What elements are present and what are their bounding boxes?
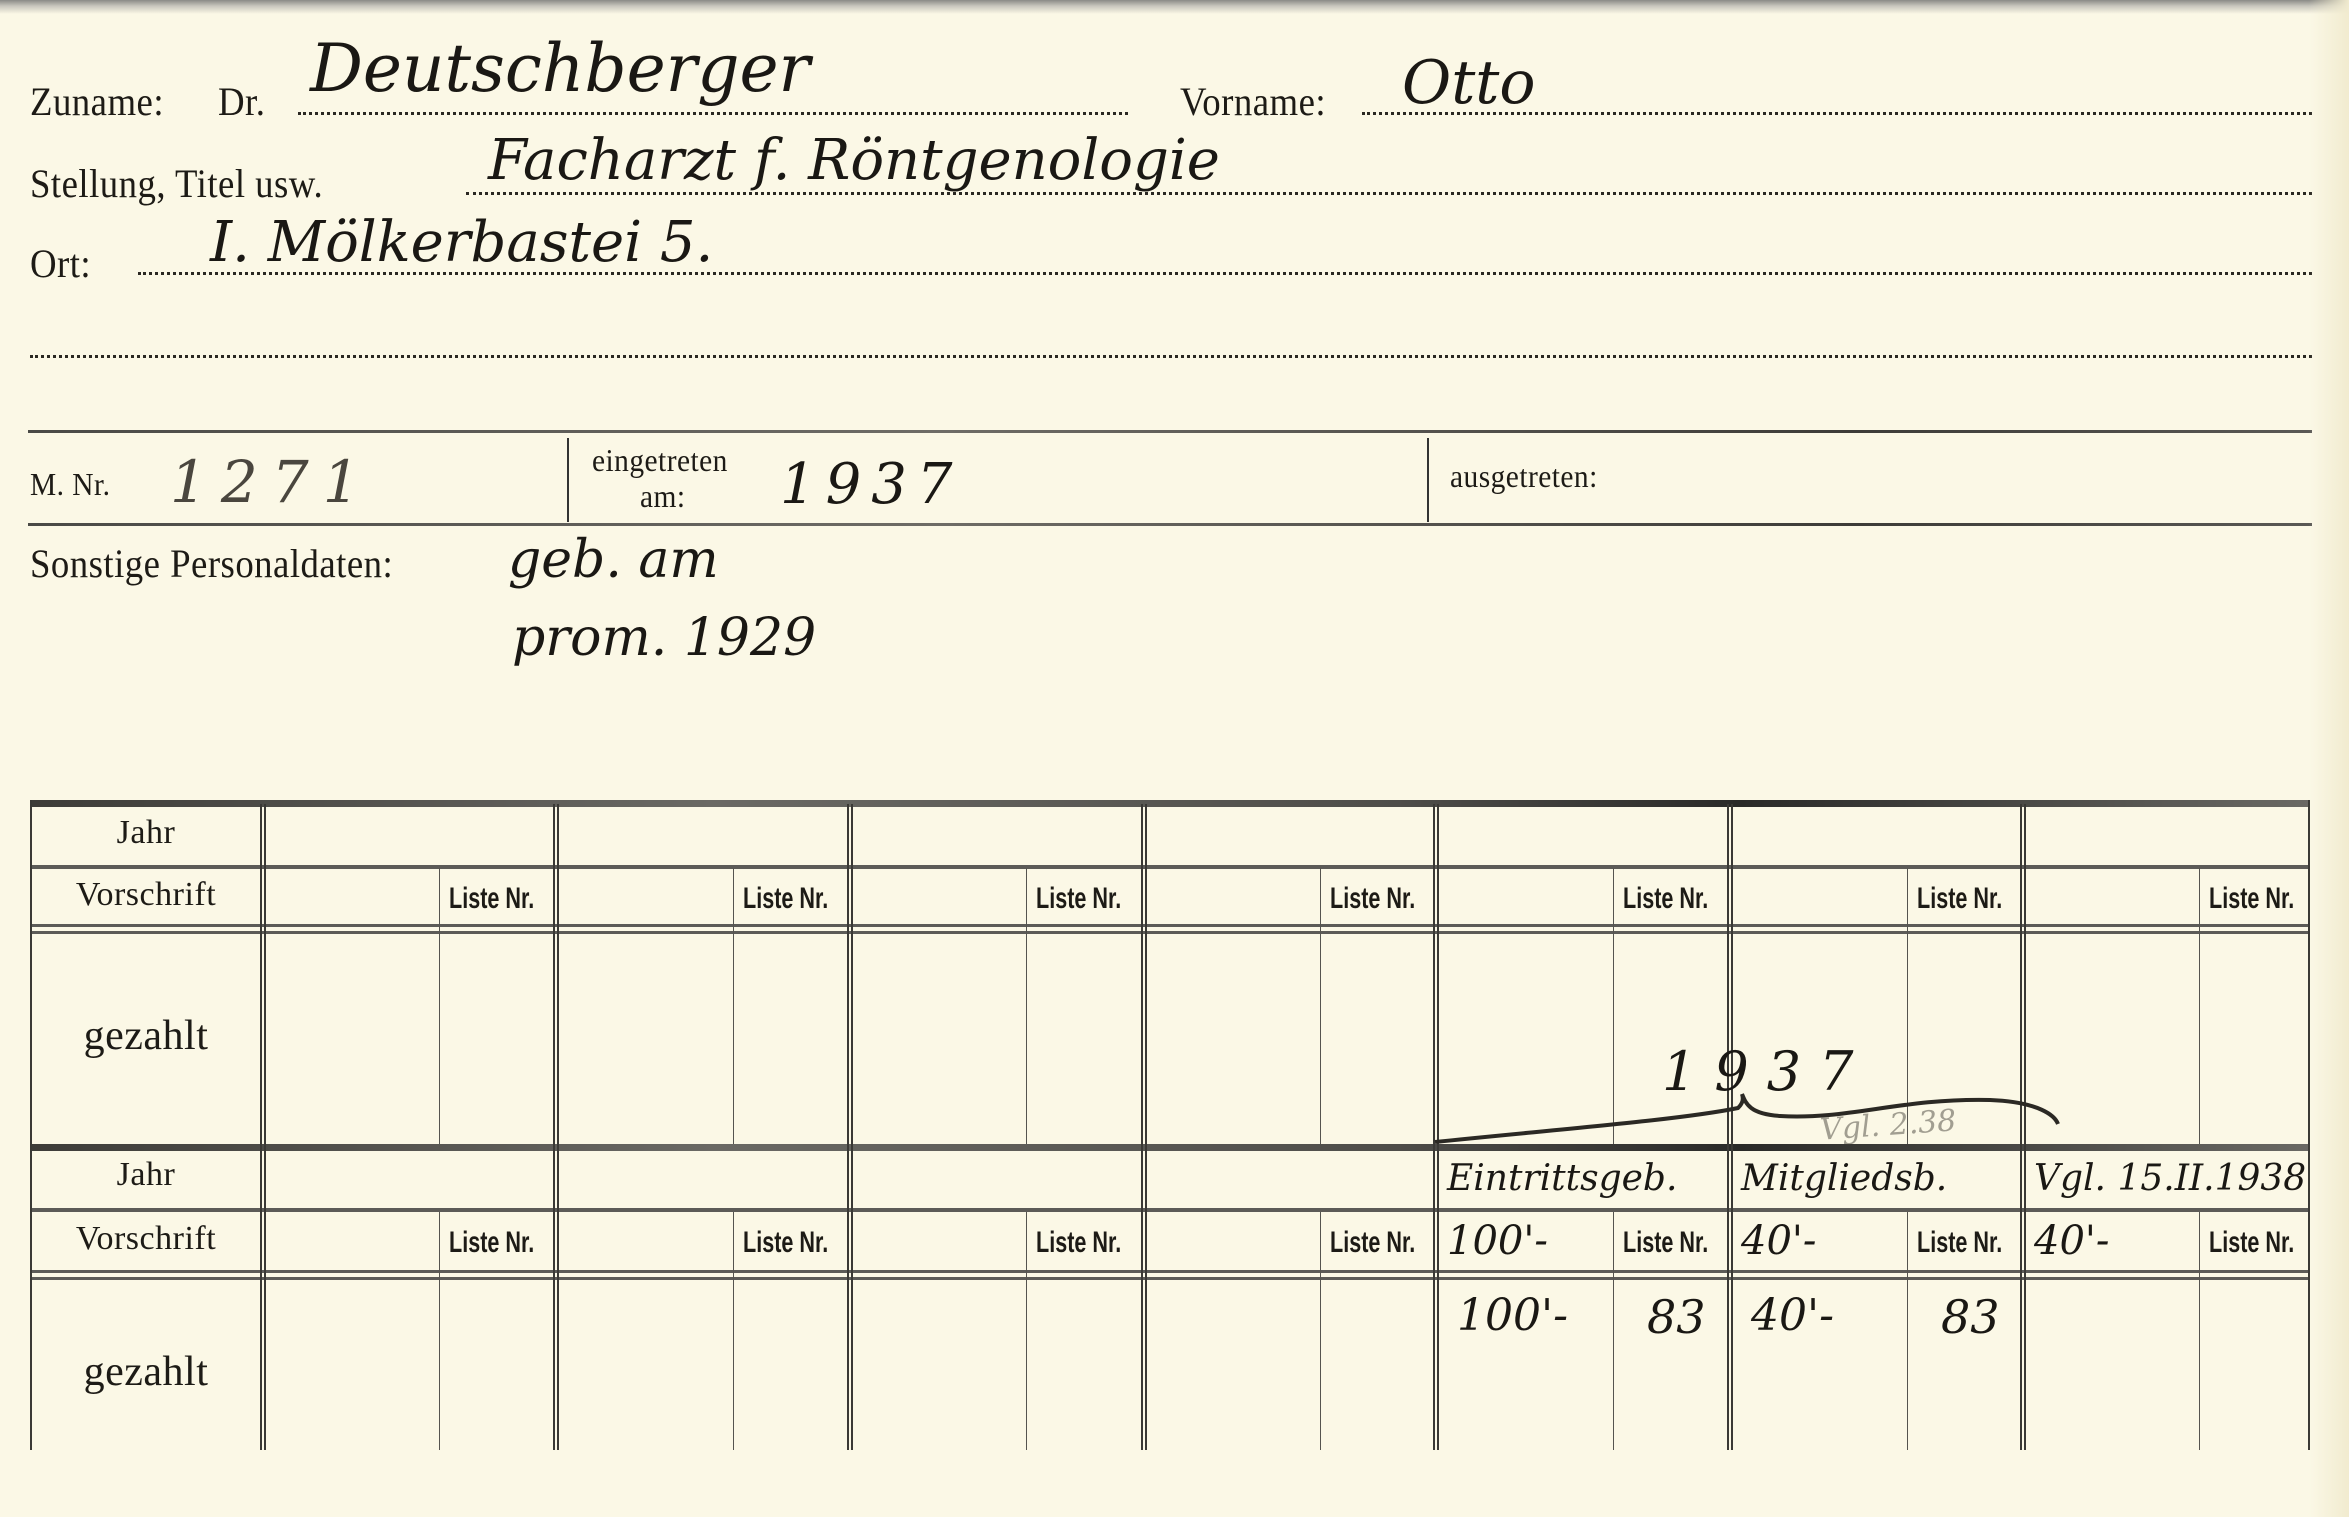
liste-nr-label: Liste Nr. bbox=[1036, 1226, 1121, 1260]
eingetreten-label: eingetreten bbox=[592, 442, 728, 479]
liste-divider bbox=[1026, 1212, 1027, 1450]
liste-nr-label: Liste Nr. bbox=[1330, 1226, 1415, 1260]
liste-nr-label: Liste Nr. bbox=[743, 1226, 828, 1260]
eingetreten-value: 1937 bbox=[780, 452, 963, 517]
block2-jahr-cell: Mitgliedsb. bbox=[1741, 1158, 1947, 1199]
vorname-value: Otto bbox=[1402, 48, 1536, 118]
row-label-jahr: Jahr bbox=[30, 814, 262, 852]
vorname-label: Vorname: bbox=[1180, 78, 1326, 125]
block2-vorschrift-cell: 40'- bbox=[2034, 1218, 2109, 1264]
mnr-value: 1271 bbox=[170, 448, 374, 516]
membership-index-card: Zuname: Dr. Deutschberger Vorname: Otto … bbox=[0, 0, 2349, 1517]
table-border-right bbox=[2308, 800, 2310, 1450]
ort-value: I. Mölkerbastei 5. bbox=[210, 210, 713, 275]
row-divider bbox=[30, 1277, 2310, 1280]
payment-table: Jahr Vorschrift gezahlt Jahr Vorschrift … bbox=[30, 800, 2310, 1450]
row-divider bbox=[30, 1208, 2310, 1212]
column-divider bbox=[260, 804, 266, 1450]
liste-nr-label: Liste Nr. bbox=[743, 882, 828, 916]
liste-nr-label: Liste Nr. bbox=[1330, 882, 1415, 916]
liste-nr-label: Liste Nr. bbox=[1917, 1226, 2002, 1260]
stellung-label: Stellung, Titel usw. bbox=[30, 160, 323, 207]
divider-line bbox=[28, 430, 2312, 433]
liste-divider bbox=[1613, 1212, 1614, 1450]
block2-jahr-cell: Vgl. 15.II.1938 bbox=[2034, 1158, 2306, 1199]
zuname-label: Zuname: bbox=[30, 78, 164, 125]
zuname-dotted-line bbox=[298, 112, 1128, 115]
liste-nr-label: Liste Nr. bbox=[2209, 1226, 2294, 1260]
row-label-gezahlt: gezahlt bbox=[30, 1012, 262, 1060]
liste-nr-label: Liste Nr. bbox=[449, 882, 534, 916]
liste-nr-label: Liste Nr. bbox=[1036, 882, 1121, 916]
column-divider bbox=[1427, 438, 1429, 522]
column-divider bbox=[1141, 804, 1147, 1450]
liste-nr-label: Liste Nr. bbox=[1917, 882, 2002, 916]
sonstige-label: Sonstige Personaldaten: bbox=[30, 540, 393, 587]
sonstige-line-1: geb. am bbox=[508, 530, 719, 590]
title-prefix: Dr. bbox=[218, 78, 265, 125]
column-divider bbox=[567, 438, 569, 522]
row-label-jahr-2: Jahr bbox=[30, 1156, 262, 1194]
row-divider bbox=[30, 931, 2310, 934]
liste-divider bbox=[1907, 1212, 1908, 1450]
liste-nr-label: Liste Nr. bbox=[449, 1226, 534, 1260]
blank-dotted-line bbox=[30, 355, 2312, 358]
liste-divider bbox=[439, 868, 440, 1144]
block2-gezahlt-cell: 40'- bbox=[1751, 1290, 1834, 1341]
row-label-vorschrift: Vorschrift bbox=[30, 876, 262, 914]
liste-divider bbox=[1320, 868, 1321, 1144]
ort-label: Ort: bbox=[30, 240, 91, 287]
liste-divider bbox=[1026, 868, 1027, 1144]
table-border-top bbox=[30, 800, 2310, 807]
column-divider bbox=[553, 804, 559, 1450]
block2-vorschrift-cell: 40'- bbox=[1741, 1218, 1816, 1264]
liste-nr-label: Liste Nr. bbox=[1623, 882, 1708, 916]
ausgetreten-label: ausgetreten: bbox=[1450, 458, 1598, 495]
block2-gezahlt-liste-cell: 83 bbox=[1941, 1290, 2000, 1344]
row-divider bbox=[30, 1270, 2310, 1273]
eingetreten-label-am: am: bbox=[640, 478, 686, 515]
row-label-vorschrift-2: Vorschrift bbox=[30, 1220, 262, 1258]
liste-divider bbox=[2199, 868, 2200, 1144]
column-divider bbox=[847, 804, 853, 1450]
mnr-label: M. Nr. bbox=[30, 466, 110, 503]
row-divider bbox=[30, 865, 2310, 869]
sonstige-line-2: prom. 1929 bbox=[512, 608, 816, 668]
liste-divider bbox=[439, 1212, 440, 1450]
row-divider bbox=[30, 924, 2310, 927]
block2-jahr-cell: Eintrittsgeb. bbox=[1447, 1158, 1677, 1199]
liste-divider bbox=[733, 868, 734, 1144]
zuname-value: Deutschberger bbox=[310, 30, 810, 107]
block2-vorschrift-cell: 100'- bbox=[1447, 1218, 1548, 1264]
liste-nr-label: Liste Nr. bbox=[1623, 1226, 1708, 1260]
block2-gezahlt-cell: 100'- bbox=[1457, 1290, 1568, 1341]
liste-divider bbox=[733, 1212, 734, 1450]
stellung-value: Facharzt f. Röntgenologie bbox=[488, 128, 1220, 193]
row-label-gezahlt-2: gezahlt bbox=[30, 1348, 262, 1396]
liste-divider bbox=[2199, 1212, 2200, 1450]
liste-nr-label: Liste Nr. bbox=[2209, 882, 2294, 916]
liste-divider bbox=[1320, 1212, 1321, 1450]
divider-line bbox=[28, 523, 2312, 526]
brace-annotation bbox=[1430, 1090, 2070, 1150]
block2-gezahlt-liste-cell: 83 bbox=[1647, 1290, 1706, 1344]
